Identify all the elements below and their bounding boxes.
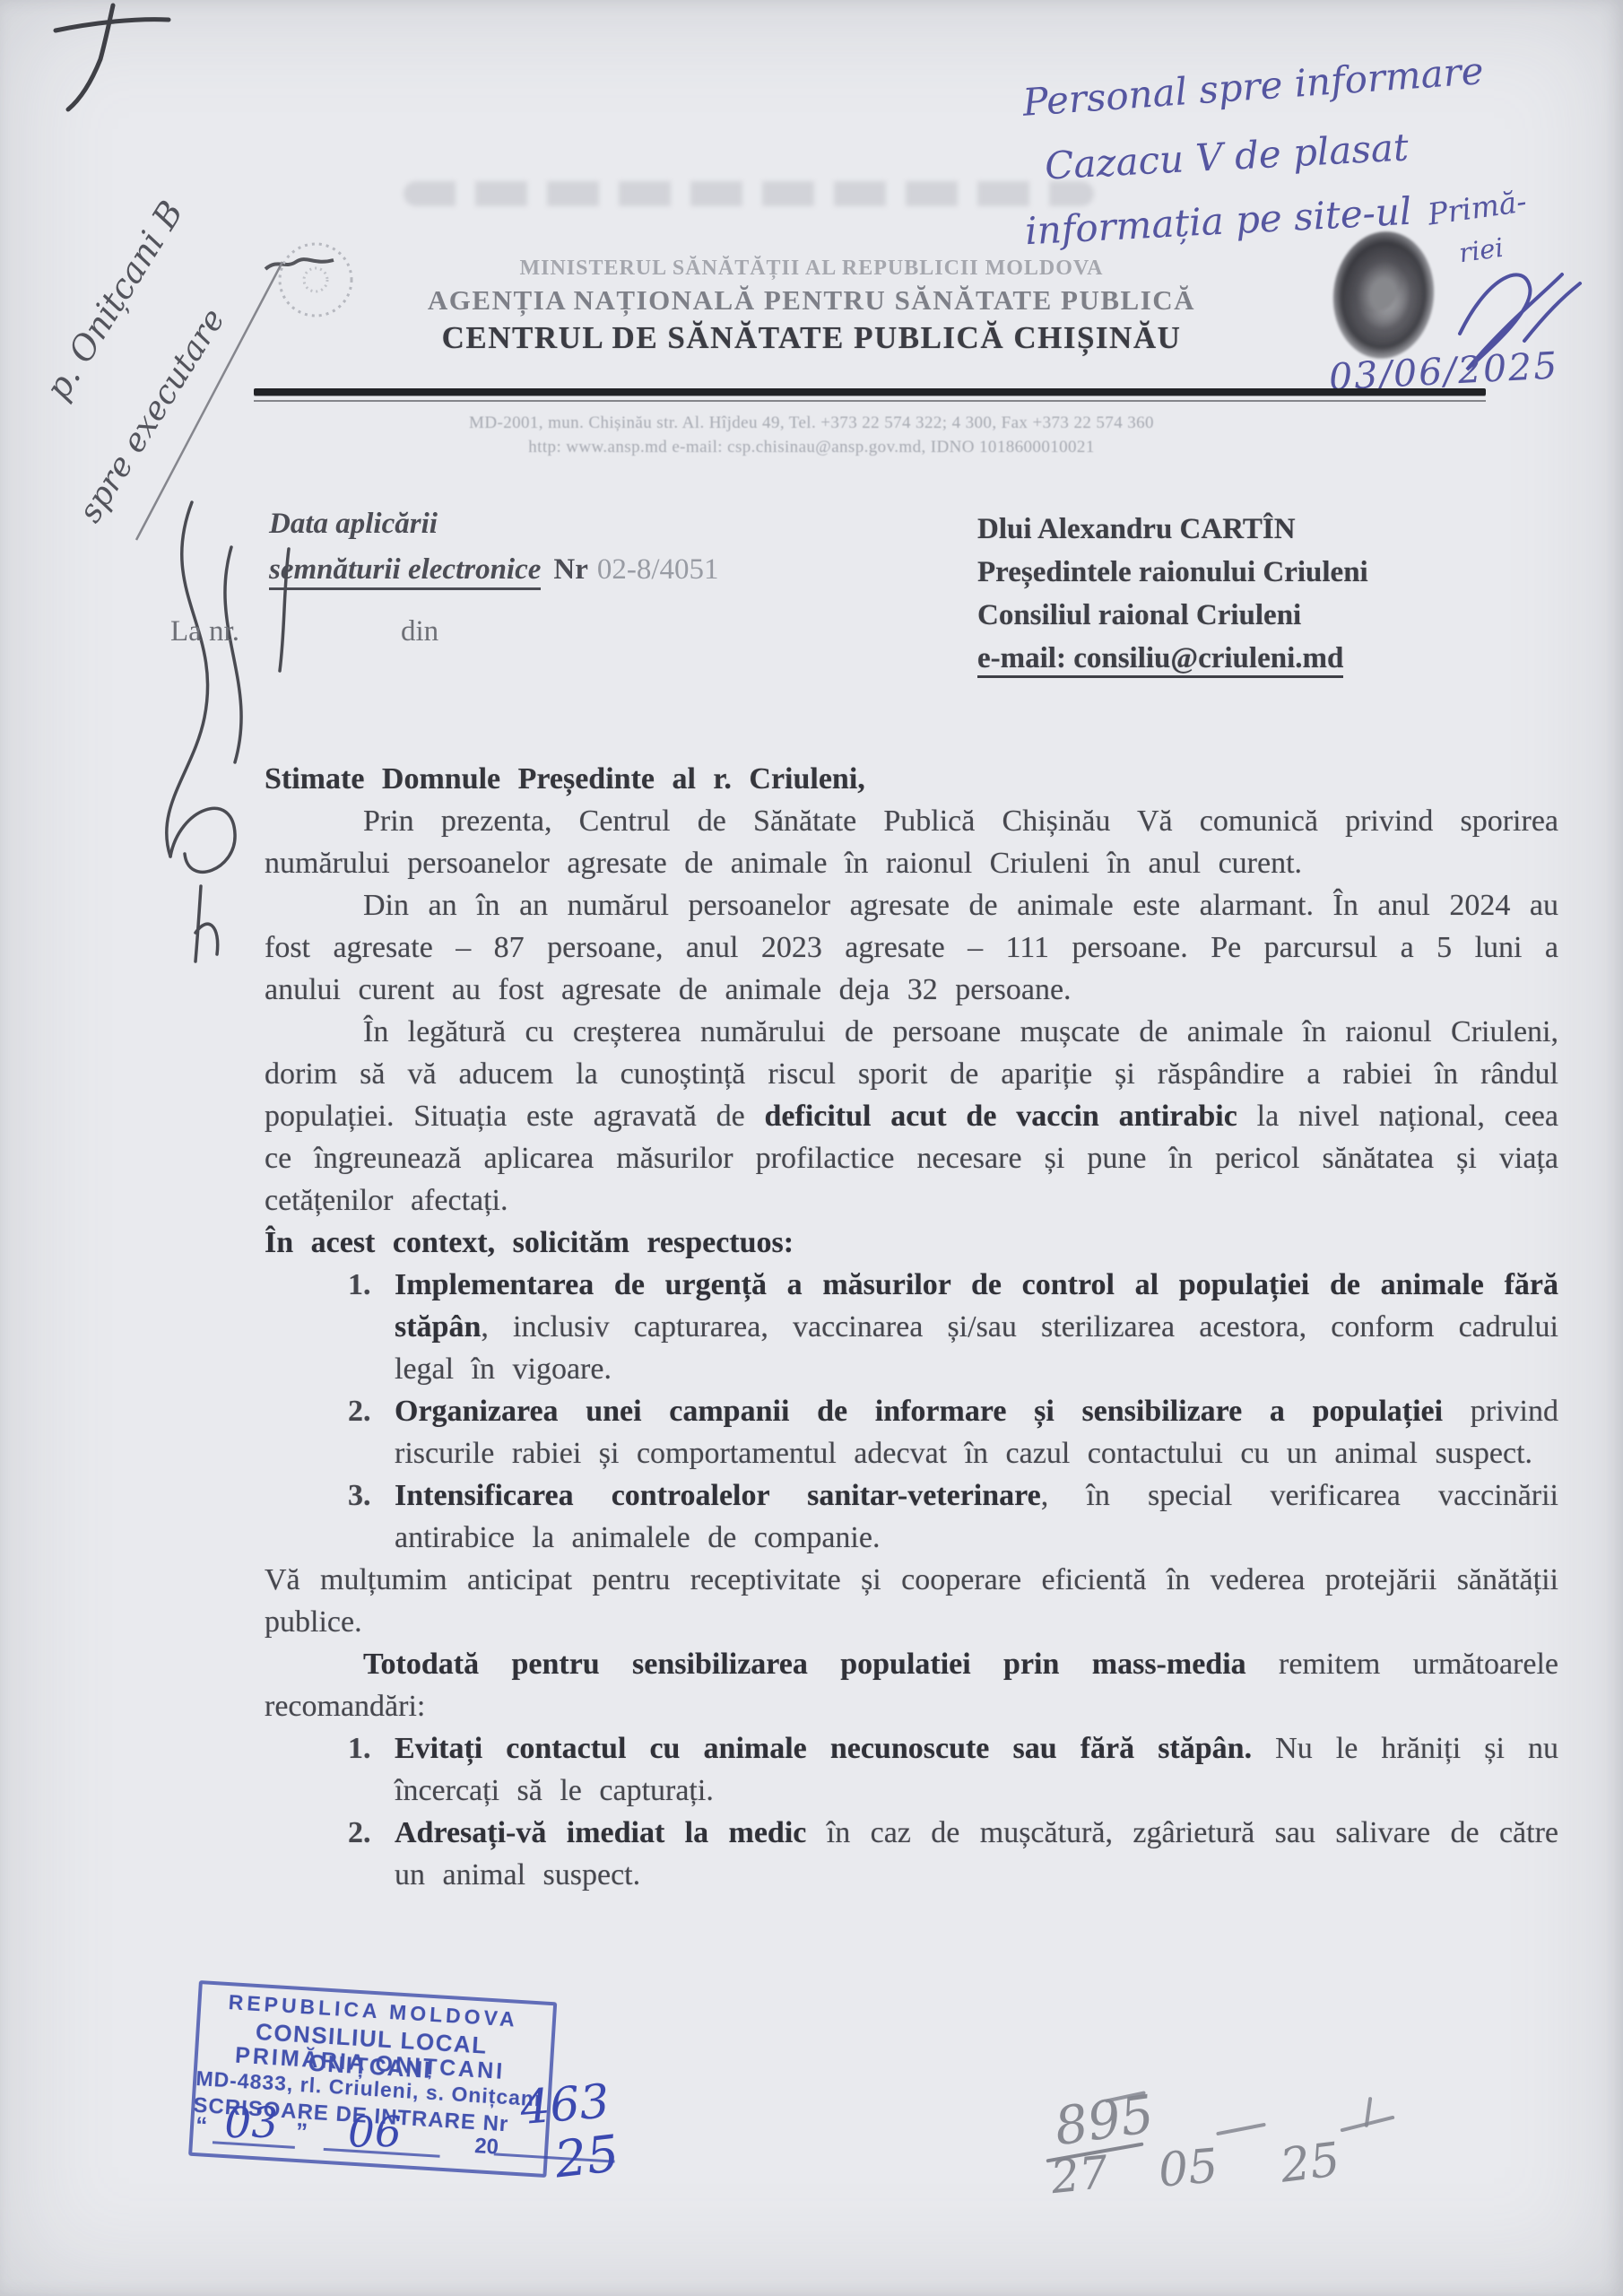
letter-body: Stimate Domnule Președinte al r. Criulen… bbox=[265, 758, 1558, 1896]
handwritten-note-line5: riei bbox=[1457, 232, 1506, 269]
bleedthrough-ghost-text bbox=[404, 181, 1094, 206]
stamp-handwritten-day: 03 bbox=[224, 2099, 278, 2149]
agency-name: AGENȚIA NAȚIONALĂ PENTRU SĂNĂTATE PUBLIC… bbox=[260, 284, 1363, 317]
list-item: 1.Evitați contactul cu animale necunoscu… bbox=[395, 1727, 1558, 1812]
reference-la-nr-line: La nr.din bbox=[170, 615, 719, 648]
ministry-name: MINISTERUL SĂNĂTĂȚII AL REPUBLICII MOLDO… bbox=[260, 257, 1363, 281]
letterhead-rule bbox=[254, 388, 1486, 396]
list-item: 1.Implementarea de urgență a măsurilor d… bbox=[395, 1264, 1558, 1390]
address-line-2: http: www.ansp.md e-mail: csp.chisinau@a… bbox=[260, 435, 1363, 459]
text-run: Vă mulțumim anticipat pentru receptivita… bbox=[265, 1563, 1558, 1639]
list-number: 2. bbox=[348, 1390, 371, 1432]
list-item: 3.Intensificarea controalelor sanitar-ve… bbox=[395, 1474, 1558, 1559]
pencil-dash-2 bbox=[1216, 2123, 1266, 2136]
text-run: Prin prezenta, Centrul de Sănătate Publi… bbox=[265, 804, 1558, 880]
reference-signature-label: semnăturii electronice bbox=[269, 553, 541, 590]
pencil-number-27: 27 bbox=[1048, 2146, 1110, 2204]
recipient-block: Dlui Alexandru CARTÎN Președintele raion… bbox=[977, 508, 1368, 680]
bold-text-run: Intensificarea controalelor sanitar-vete… bbox=[395, 1479, 1041, 1512]
bold-text-run: Organizarea unei campanii de informare ș… bbox=[395, 1395, 1443, 1428]
bold-text-run: Adresați-vă imediat la medic bbox=[395, 1816, 806, 1849]
recipient-org: Consiliul raional Criuleni bbox=[977, 594, 1368, 637]
recipient-title: Președintele raionului Criuleni bbox=[977, 551, 1368, 594]
reference-nr-label: Nr bbox=[553, 553, 587, 586]
list-number: 1. bbox=[348, 1727, 371, 1770]
pencil-number-05: 05 bbox=[1157, 2139, 1220, 2198]
bold-text-run: Evitați contactul cu animale necunoscute… bbox=[395, 1732, 1252, 1765]
address-line-1: MD-2001, mun. Chișinău str. Al. Hîjdeu 4… bbox=[260, 411, 1363, 435]
centre-name: CENTRUL DE SĂNĂTATE PUBLICĂ CHIȘINĂU bbox=[260, 320, 1363, 356]
reference-date-label: Data aplicării bbox=[269, 508, 719, 541]
bold-text-run: În acest context, solicităm respectuos: bbox=[265, 1226, 794, 1259]
stamp-year-prefix: 20 bbox=[473, 2134, 499, 2161]
handwritten-note-line4: Primă- bbox=[1426, 183, 1529, 231]
reference-signature-line: semnăturii electroniceNr02-8/4051 bbox=[269, 553, 719, 587]
body-paragraph: Prin prezenta, Centrul de Sănătate Publi… bbox=[265, 800, 1558, 884]
letterhead: MINISTERUL SĂNĂTĂȚII AL REPUBLICII MOLDO… bbox=[260, 257, 1363, 356]
body-paragraph: Din an în an numărul persoanelor agresat… bbox=[265, 884, 1558, 1011]
body-paragraph: În legătură cu creșterea numărului de pe… bbox=[265, 1011, 1558, 1222]
salutation: Stimate Domnule Președinte al r. Criulen… bbox=[265, 758, 1558, 800]
list-number: 2. bbox=[348, 1812, 371, 1854]
din-label: din bbox=[401, 615, 438, 648]
entry-stamp: REPUBLICA MOLDOVA CONSILIUL LOCAL ONIȚCA… bbox=[189, 1980, 551, 2170]
list-number: 1. bbox=[348, 1264, 371, 1306]
list-item: 2.Adresați-vă imediat la medic în caz de… bbox=[395, 1812, 1558, 1896]
body-blocks: Prin prezenta, Centrul de Sănătate Publi… bbox=[265, 800, 1558, 1896]
recipient-name: Dlui Alexandru CARTÎN bbox=[977, 508, 1368, 551]
recipient-email: e-mail: consiliu@criuleni.md bbox=[977, 642, 1343, 678]
reference-nr-value: 02-8/4051 bbox=[597, 553, 719, 586]
bold-text-run: deficitul acut de vaccin antirabic bbox=[765, 1100, 1237, 1133]
cross-mark bbox=[56, 5, 169, 109]
stamp-quote-open: “ bbox=[195, 2111, 208, 2140]
letterhead-address: MD-2001, mun. Chișinău str. Al. Hîjdeu 4… bbox=[260, 411, 1363, 459]
handwritten-note-line2: Cazacu V de plasat bbox=[1044, 125, 1410, 187]
stamp-quote-close: ” bbox=[295, 2118, 308, 2146]
handwritten-note-line1: Personal spre informare bbox=[1021, 48, 1485, 125]
text-run: , inclusiv capturarea, vaccinarea și/sau… bbox=[395, 1310, 1558, 1386]
pencil-number-25: 25 bbox=[1278, 2133, 1343, 2194]
letterhead-rule-thin bbox=[254, 400, 1486, 402]
la-nr-label: La nr. bbox=[170, 615, 239, 648]
body-paragraph: Totodată pentru sensibilizarea populatie… bbox=[265, 1643, 1558, 1727]
body-paragraph: Vă mulțumim anticipat pentru receptivita… bbox=[265, 1559, 1558, 1643]
list-number: 3. bbox=[348, 1474, 371, 1517]
stamp-handwritten-month: 06 bbox=[348, 2108, 402, 2158]
reference-block: Data aplicării semnăturii electroniceNr0… bbox=[170, 508, 719, 648]
scanned-letter-page: Personal spre informare Cazacu V de plas… bbox=[0, 0, 1623, 2296]
body-paragraph: În acest context, solicităm respectuos: bbox=[265, 1222, 1558, 1264]
text-run: Din an în an numărul persoanelor agresat… bbox=[265, 889, 1558, 1006]
bold-text-run: Totodată pentru sensibilizarea populatie… bbox=[363, 1648, 1246, 1681]
stamp-handwritten-year: 25 bbox=[551, 2125, 621, 2190]
list-item: 2.Organizarea unei campanii de informare… bbox=[395, 1390, 1558, 1474]
